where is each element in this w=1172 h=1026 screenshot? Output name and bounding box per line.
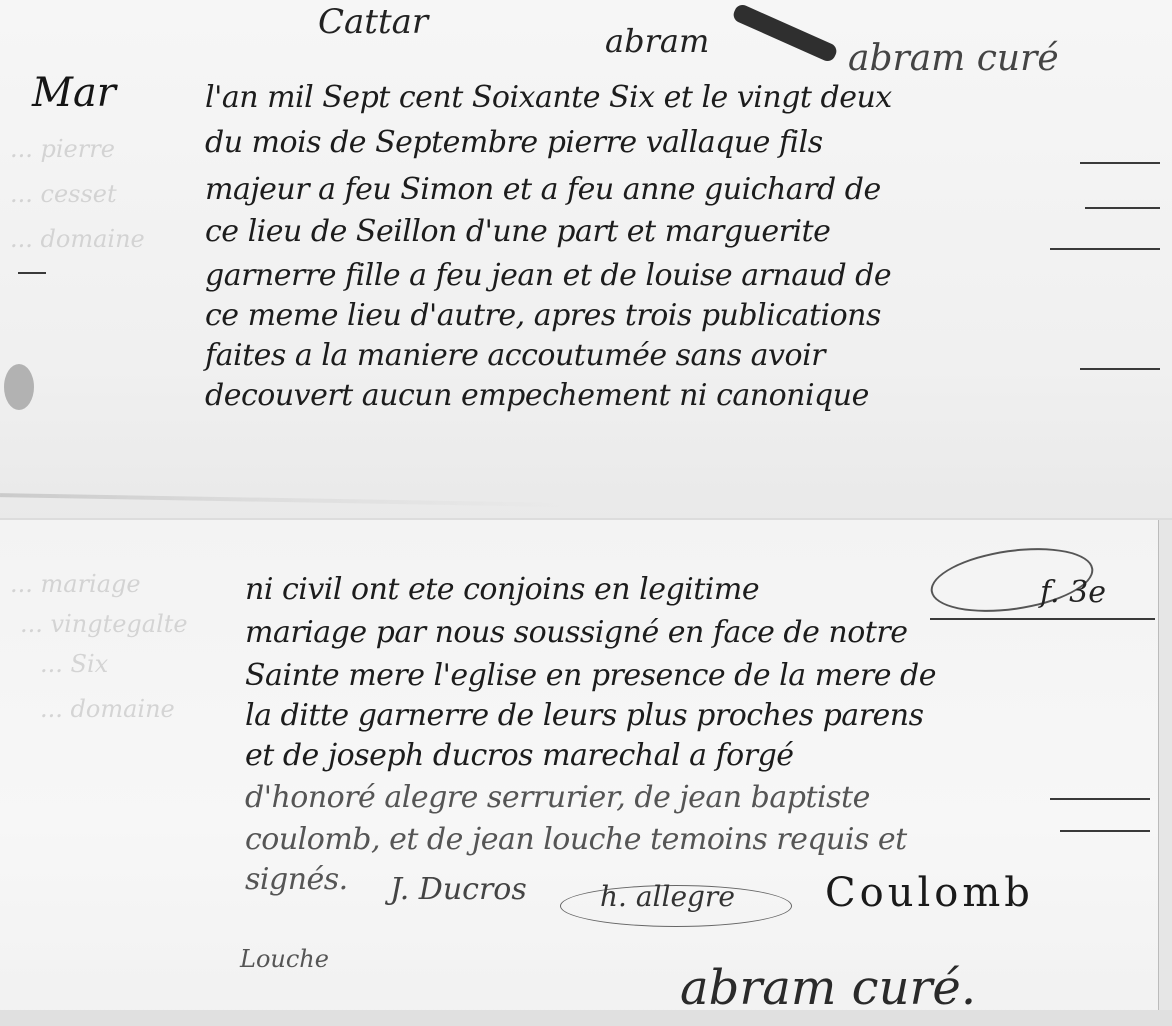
signature-allegre: h. allegre [600,880,735,913]
record-line: majeur a feu Simon et a feu anne guichar… [205,172,881,207]
folio-mark: f. 3e [1040,575,1106,610]
margin-note-mariage: Mar [32,70,116,116]
document-page-top: ... pierre ... cesset ... domaine Cattar… [0,0,1172,520]
bleed-through-text: ... domaine [40,695,175,723]
record-line: Sainte mere l'eglise en presence de la m… [245,658,936,693]
record-line: et de joseph ducros marechal a forgé [245,738,794,773]
record-line: ce lieu de Seillon d'une part et marguer… [205,214,830,249]
record-line: faites a la maniere accoutumée sans avoi… [205,338,825,373]
signature-coulomb: Coulomb [825,870,1034,916]
record-line: l'an mil Sept cent Soixante Six et le vi… [205,80,892,115]
document-page-bottom: ... mariage ... vingtegalte ... Six ... … [0,520,1172,1026]
signature-ducros: J. Ducros [390,872,527,907]
bleed-through-text: ... pierre [10,135,115,163]
margin-tick [18,272,46,274]
bleed-through-text: ... mariage [10,570,141,598]
bleed-through-text: ... domaine [10,225,145,253]
line-filler-rule [930,618,1155,620]
line-filler-rule [1080,368,1160,370]
ink-stroke [731,2,839,63]
ink-blot [4,364,34,410]
record-line: decouvert aucun empechement ni canonique [205,378,869,413]
paper-fold [0,493,560,507]
adjacent-page-edge [1158,520,1172,1026]
line-filler-rule [1060,830,1150,832]
record-line: garnerre fille a feu jean et de louise a… [205,258,891,293]
record-line: signés. [245,862,348,897]
bleed-through-text: ... cesset [10,180,117,208]
record-line: ce meme lieu d'autre, apres trois public… [205,298,881,333]
record-line: coulomb, et de jean louche temoins requi… [245,822,907,857]
record-line: mariage par nous soussigné en face de no… [245,615,907,650]
header-signature-abram-cure: abram curé [848,38,1059,79]
header-signature-cattar: Cattar [318,2,428,42]
line-filler-rule [1085,207,1160,209]
record-line: du mois de Septembre pierre vallaque fil… [205,125,823,160]
bleed-through-text: ... vingtegalte [20,610,188,638]
header-signature-abram: abram [605,22,709,60]
line-filler-rule [1050,798,1150,800]
line-filler-rule [1080,162,1160,164]
record-line: d'honoré alegre serrurier, de jean bapti… [245,780,870,815]
bleed-through-text: ... Six [40,650,108,678]
next-record-fragment [0,1010,1172,1026]
signature-cure: abram curé. [680,960,976,1016]
line-filler-rule [1050,248,1160,250]
record-line: ni civil ont ete conjoins en legitime [245,572,759,607]
signature-louche: Louche [240,945,329,973]
record-line: la ditte garnerre de leurs plus proches … [245,698,924,733]
